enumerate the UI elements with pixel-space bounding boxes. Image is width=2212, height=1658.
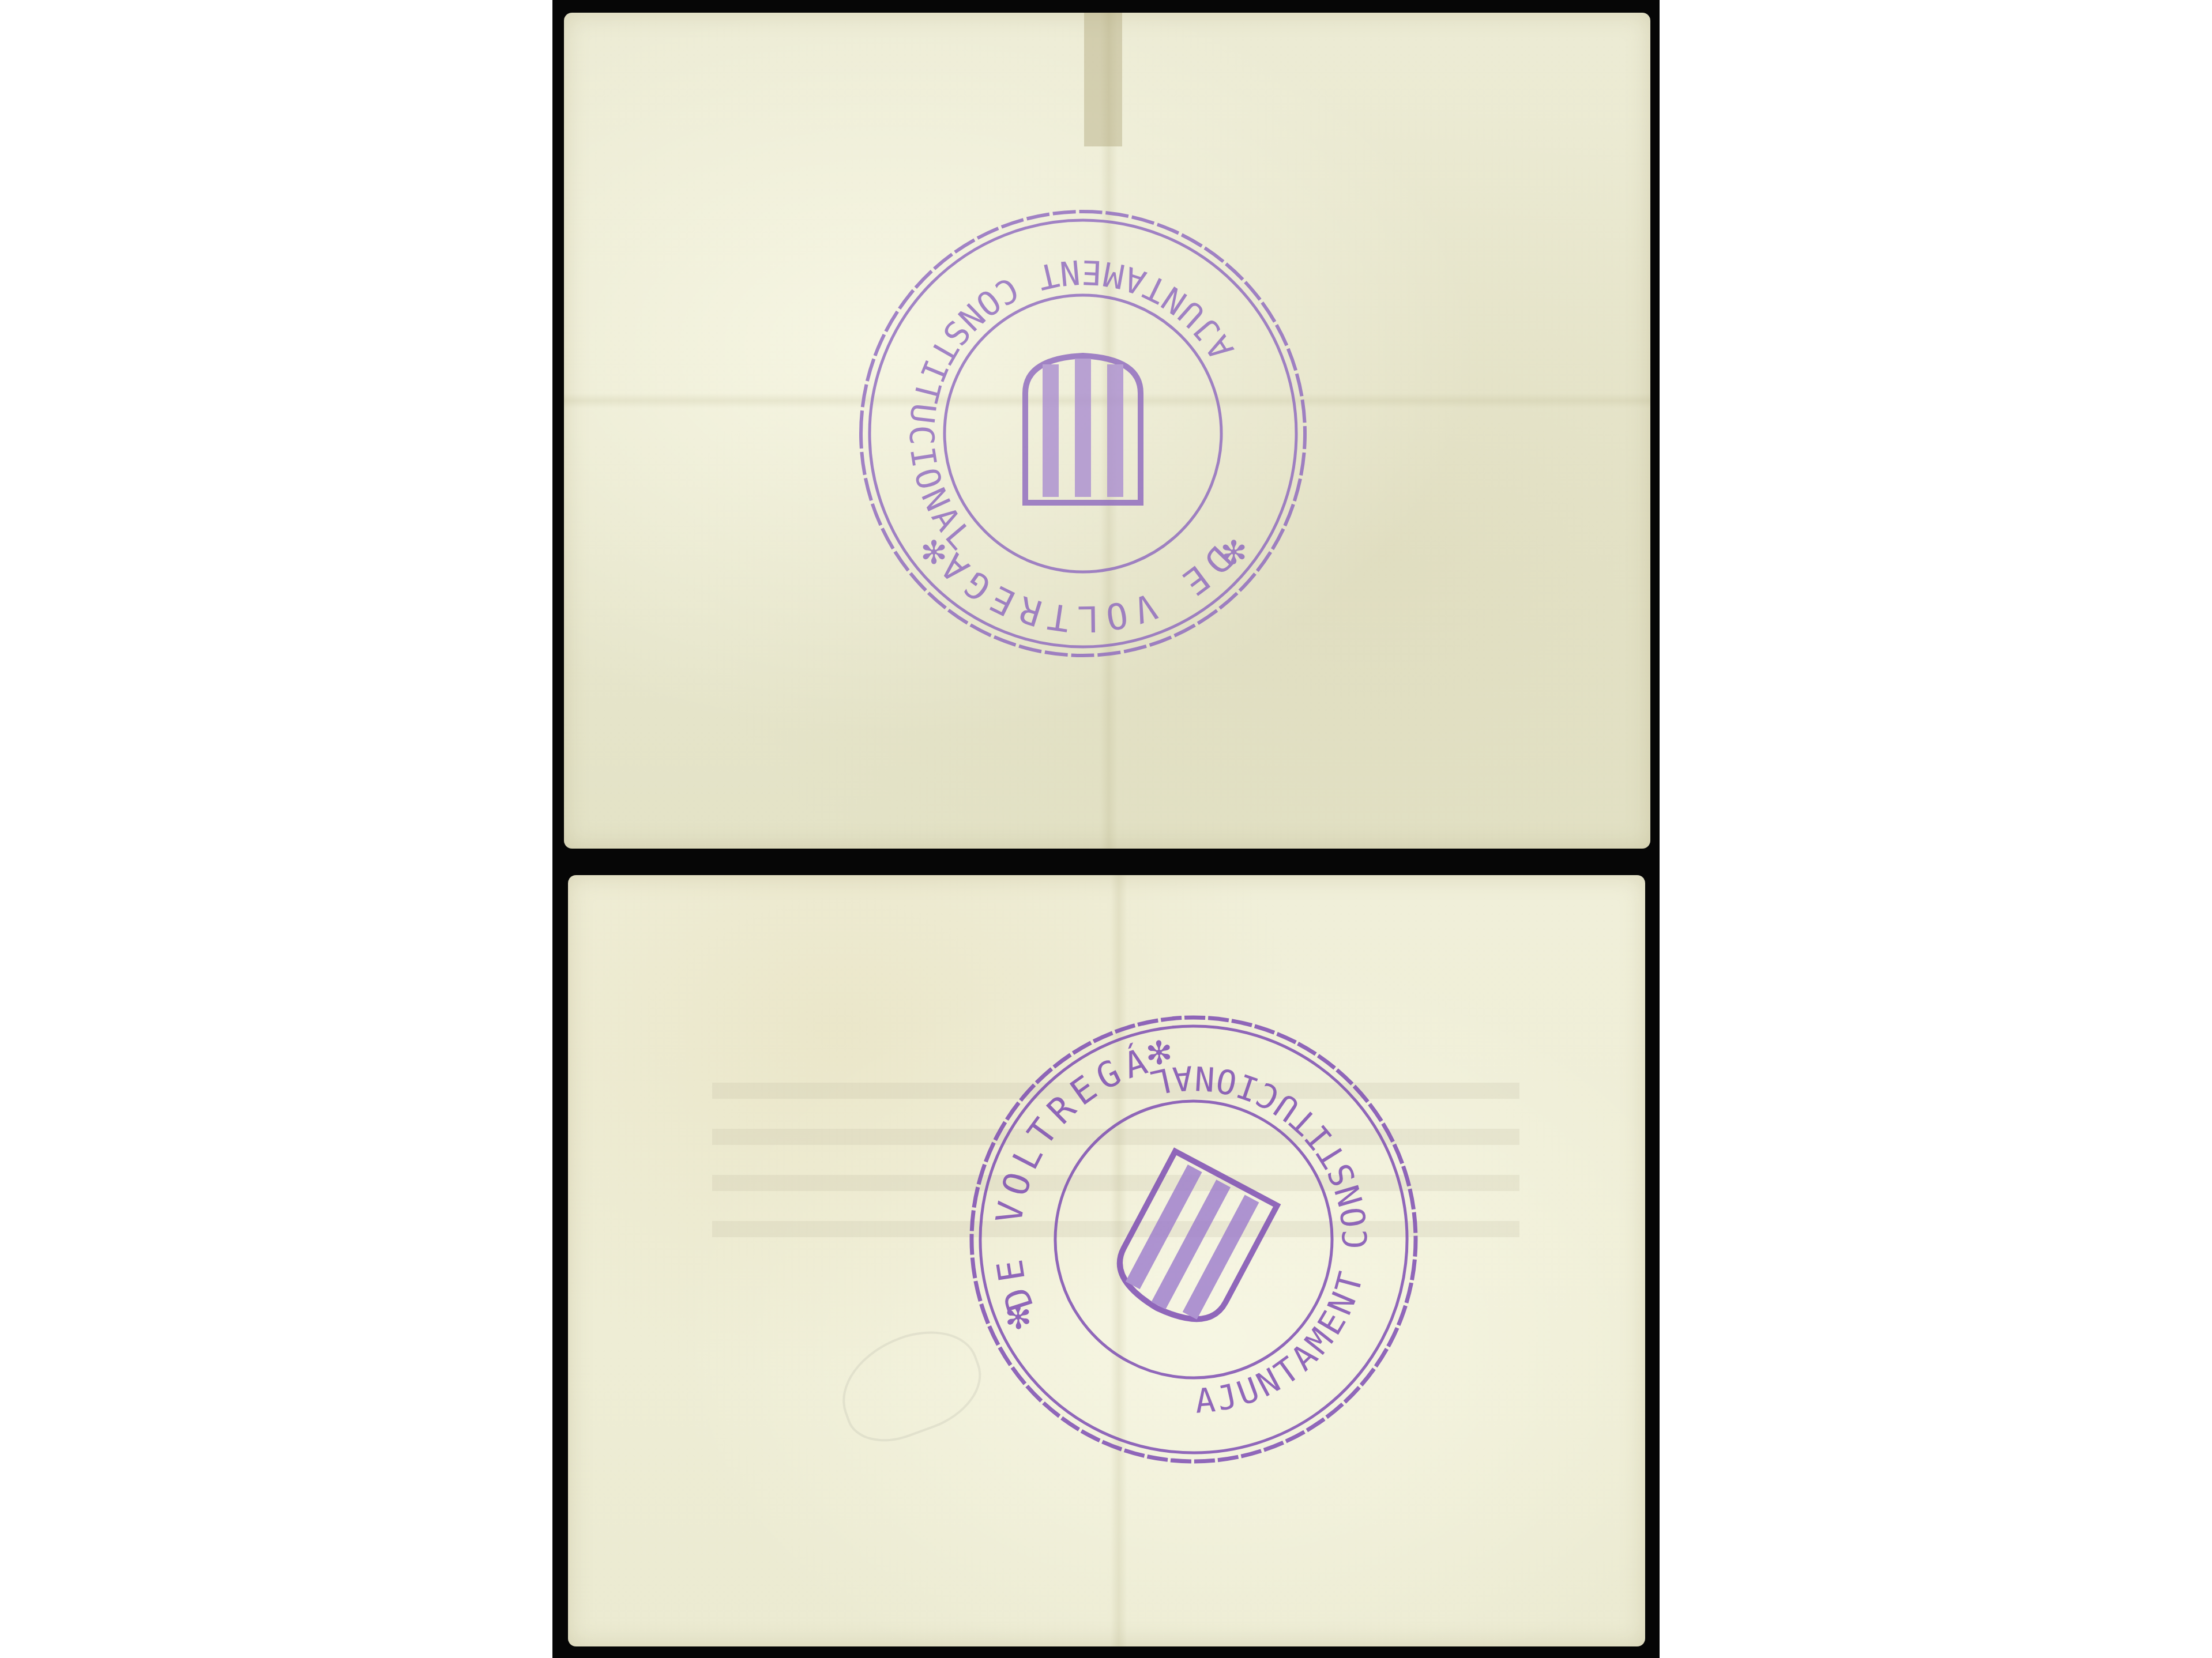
municipal-stamp-top: AJUNTAMENT CONSTITUCIONAL DE VOLTREGA ✻ … (852, 203, 1314, 664)
shield-emblem-icon (1025, 356, 1141, 503)
ornament-right: ✻ (920, 532, 947, 570)
note-top: AJUNTAMENT CONSTITUCIONAL DE VOLTREGA ✻ … (564, 13, 1650, 849)
svg-text:AJUNTAMENT CONSTITUCIONAL: AJUNTAMENT CONSTITUCIONAL (902, 252, 1242, 560)
stamp-seal-icon: AJUNTAMENT CONSTITUCIONAL DE VOLTREGA ✻ … (852, 203, 1314, 664)
note-bottom: AJUNTAMENT CONSTITUCIONAL DE VOLTREGÁ ✻ … (568, 875, 1645, 1646)
stamp-seal-icon: AJUNTAMENT CONSTITUCIONAL DE VOLTREGÁ ✻ … (882, 928, 1506, 1551)
shield-emblem-icon (1106, 1151, 1277, 1335)
ornament-left: ✻ (1220, 532, 1247, 570)
municipal-stamp-bottom: AJUNTAMENT CONSTITUCIONAL DE VOLTREGÁ ✻ … (882, 928, 1506, 1551)
tape-residue-mark (1084, 13, 1122, 146)
